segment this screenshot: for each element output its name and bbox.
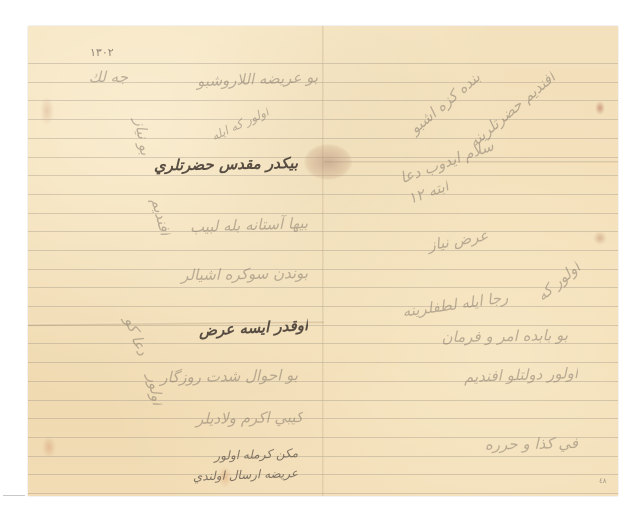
archive-mark: ٤٨ xyxy=(599,477,607,485)
stain xyxy=(40,96,54,126)
water-stain xyxy=(304,144,352,180)
handwritten-line: ﺑﻮﻧﺪﻥ ﺳﻮﻛﺮﻩ ﺍﺷﻴﺎﻟﺮ xyxy=(128,264,308,285)
handwritten-line: ﺟﻪ ﻟﻚ xyxy=(68,68,128,86)
vertical-fold xyxy=(322,26,324,496)
ink-spot xyxy=(593,231,607,245)
handwritten-line: ﻋﺮﺽ ﻧﻴﺎﺯ xyxy=(408,226,490,258)
scan-edge-mark xyxy=(3,495,25,496)
handwritten-line: ﻋﺮﻳﻀﻪ ﺍﺭﺳﺎﻝ ﺍﻭﻟﻨﺪﻱ xyxy=(128,466,298,486)
handwritten-line: ﺑﻮ ﺑﺎﺑﺪﻩ ﺍﻣﺮ ﻭ ﻓﺮﻣﺎﻥ xyxy=(388,326,568,347)
header-numerals: ١٣٠٢ xyxy=(90,46,114,59)
ink-spot xyxy=(595,101,605,115)
handwritten-line: ﺑﻮ ﻋﺮﻳﻀﻪ ﺍﻟﻼﺭﻭﺷﺒﻮ xyxy=(178,68,319,91)
stain xyxy=(42,436,56,458)
handwritten-line: ﺭﺟﺎ ﺍﻳﻠﻪ ﻟﻄﻔﻠﺮﻳﻨﻪ xyxy=(398,288,509,321)
handwritten-line: ﻓﻲ ﻛﺬﺍ ﻭ ﺣﺮﺭﻩ xyxy=(388,434,578,455)
letter-paper: ١٣٠٢ ٤٨ ﺑﻮ ﻋﺮﻳﻀﻪ ﺍﻟﻼﺭﻭﺷﺒﻮﺟﻪ ﻟﻚﺍﻭﻟﻮﺭ ﻛﻪ ﺍ… xyxy=(28,26,618,496)
handwritten-line: ﻣﻜﻦ ﻛﺮﻣﻠﻪ ﺍﻭﻟﻮﺭ xyxy=(128,446,298,466)
handwritten-line: ﻛﻴﺒﻲ ﺍﻛﺮﻡ ﻭﻻﺩﻳﻠﺮ xyxy=(128,408,303,429)
handwritten-line: ﺍﻭﻟﻮﺭ ﻛﻪ xyxy=(526,258,584,310)
handwritten-line: ﺍﻭﻟﻮﺭ ﺩﻭﻟﺘﻠﻮ ﺍﻓﻨﺪﻳﻢ xyxy=(388,364,579,389)
